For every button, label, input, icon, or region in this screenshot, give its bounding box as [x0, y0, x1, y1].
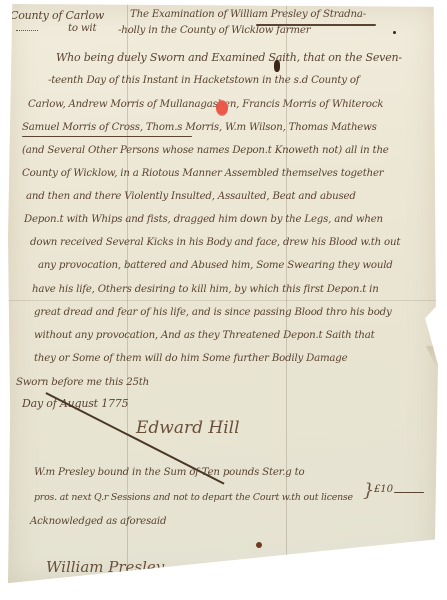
- body-line-9: down received Several Kicks in his Body …: [30, 238, 400, 248]
- body-line-4: Samuel Morris of Cross, Thom.s Morris, W…: [22, 123, 377, 133]
- dotted-leader: [16, 30, 38, 31]
- body-line-12: great dread and fear of his life, and is…: [34, 308, 392, 318]
- ink-dot: [393, 31, 396, 34]
- recognizance-line-2: pros. at next Q.r Sessions and not to de…: [34, 493, 353, 502]
- body-line-11: have his life, Others desiring to kill h…: [32, 285, 379, 295]
- body-line-3: Carlow, Andrew Morris of Mullanagashen, …: [28, 100, 383, 110]
- ink-blot: [274, 60, 280, 72]
- body-line-1: Who being duely Sworn and Examined Saith…: [56, 52, 402, 63]
- horizontal-fold-line: [8, 300, 438, 301]
- recognizance-line-3: Acknowledged as aforesaid: [30, 517, 166, 527]
- brace: }: [363, 482, 374, 500]
- torn-corner-fold: [426, 346, 447, 376]
- body-line-10: any provocation, battered and Abused him…: [38, 261, 393, 271]
- venue-label: County of Carlow: [10, 10, 104, 21]
- body-line-13: without any provocation, And as they Thr…: [34, 331, 375, 341]
- amount-dash: [394, 492, 424, 493]
- body-line-6: County of Wicklow, in a Riotous Manner A…: [22, 169, 383, 179]
- names-underline: [22, 136, 192, 137]
- venue-suffix: to wit: [68, 24, 96, 34]
- examination-title-line-1: The Examination of William Presley of St…: [130, 10, 366, 20]
- recognizance-line-1: W.m Presley bound in the Sum of Ten poun…: [34, 468, 304, 478]
- body-line-5: (and Several Other Persons whose names D…: [22, 146, 389, 156]
- examination-title-line-2: -holly in the County of Wicklow farmer: [118, 26, 310, 36]
- jurat-line-1: Sworn before me this 25th: [16, 378, 149, 388]
- body-line-14: they or Some of them will do him Some fu…: [34, 354, 347, 364]
- magistrate-signature: Edward Hill: [136, 418, 240, 438]
- recognizance-amount: £10: [374, 485, 393, 495]
- body-line-7: and then and there Violently Insulted, A…: [26, 192, 356, 202]
- body-line-8: Depon.t with Whips and fists, dragged hi…: [24, 215, 383, 225]
- red-wax-seal-mark: [220, 562, 234, 578]
- deponent-signature: William Presley: [46, 558, 164, 576]
- manuscript-page: County of Carlow to wit The Examination …: [8, 4, 438, 586]
- body-line-2: -teenth Day of this Instant in Hacketsto…: [48, 76, 359, 86]
- ink-dot: [256, 542, 262, 548]
- ink-dot: [413, 562, 417, 566]
- red-wax-seal-mark: [216, 100, 228, 116]
